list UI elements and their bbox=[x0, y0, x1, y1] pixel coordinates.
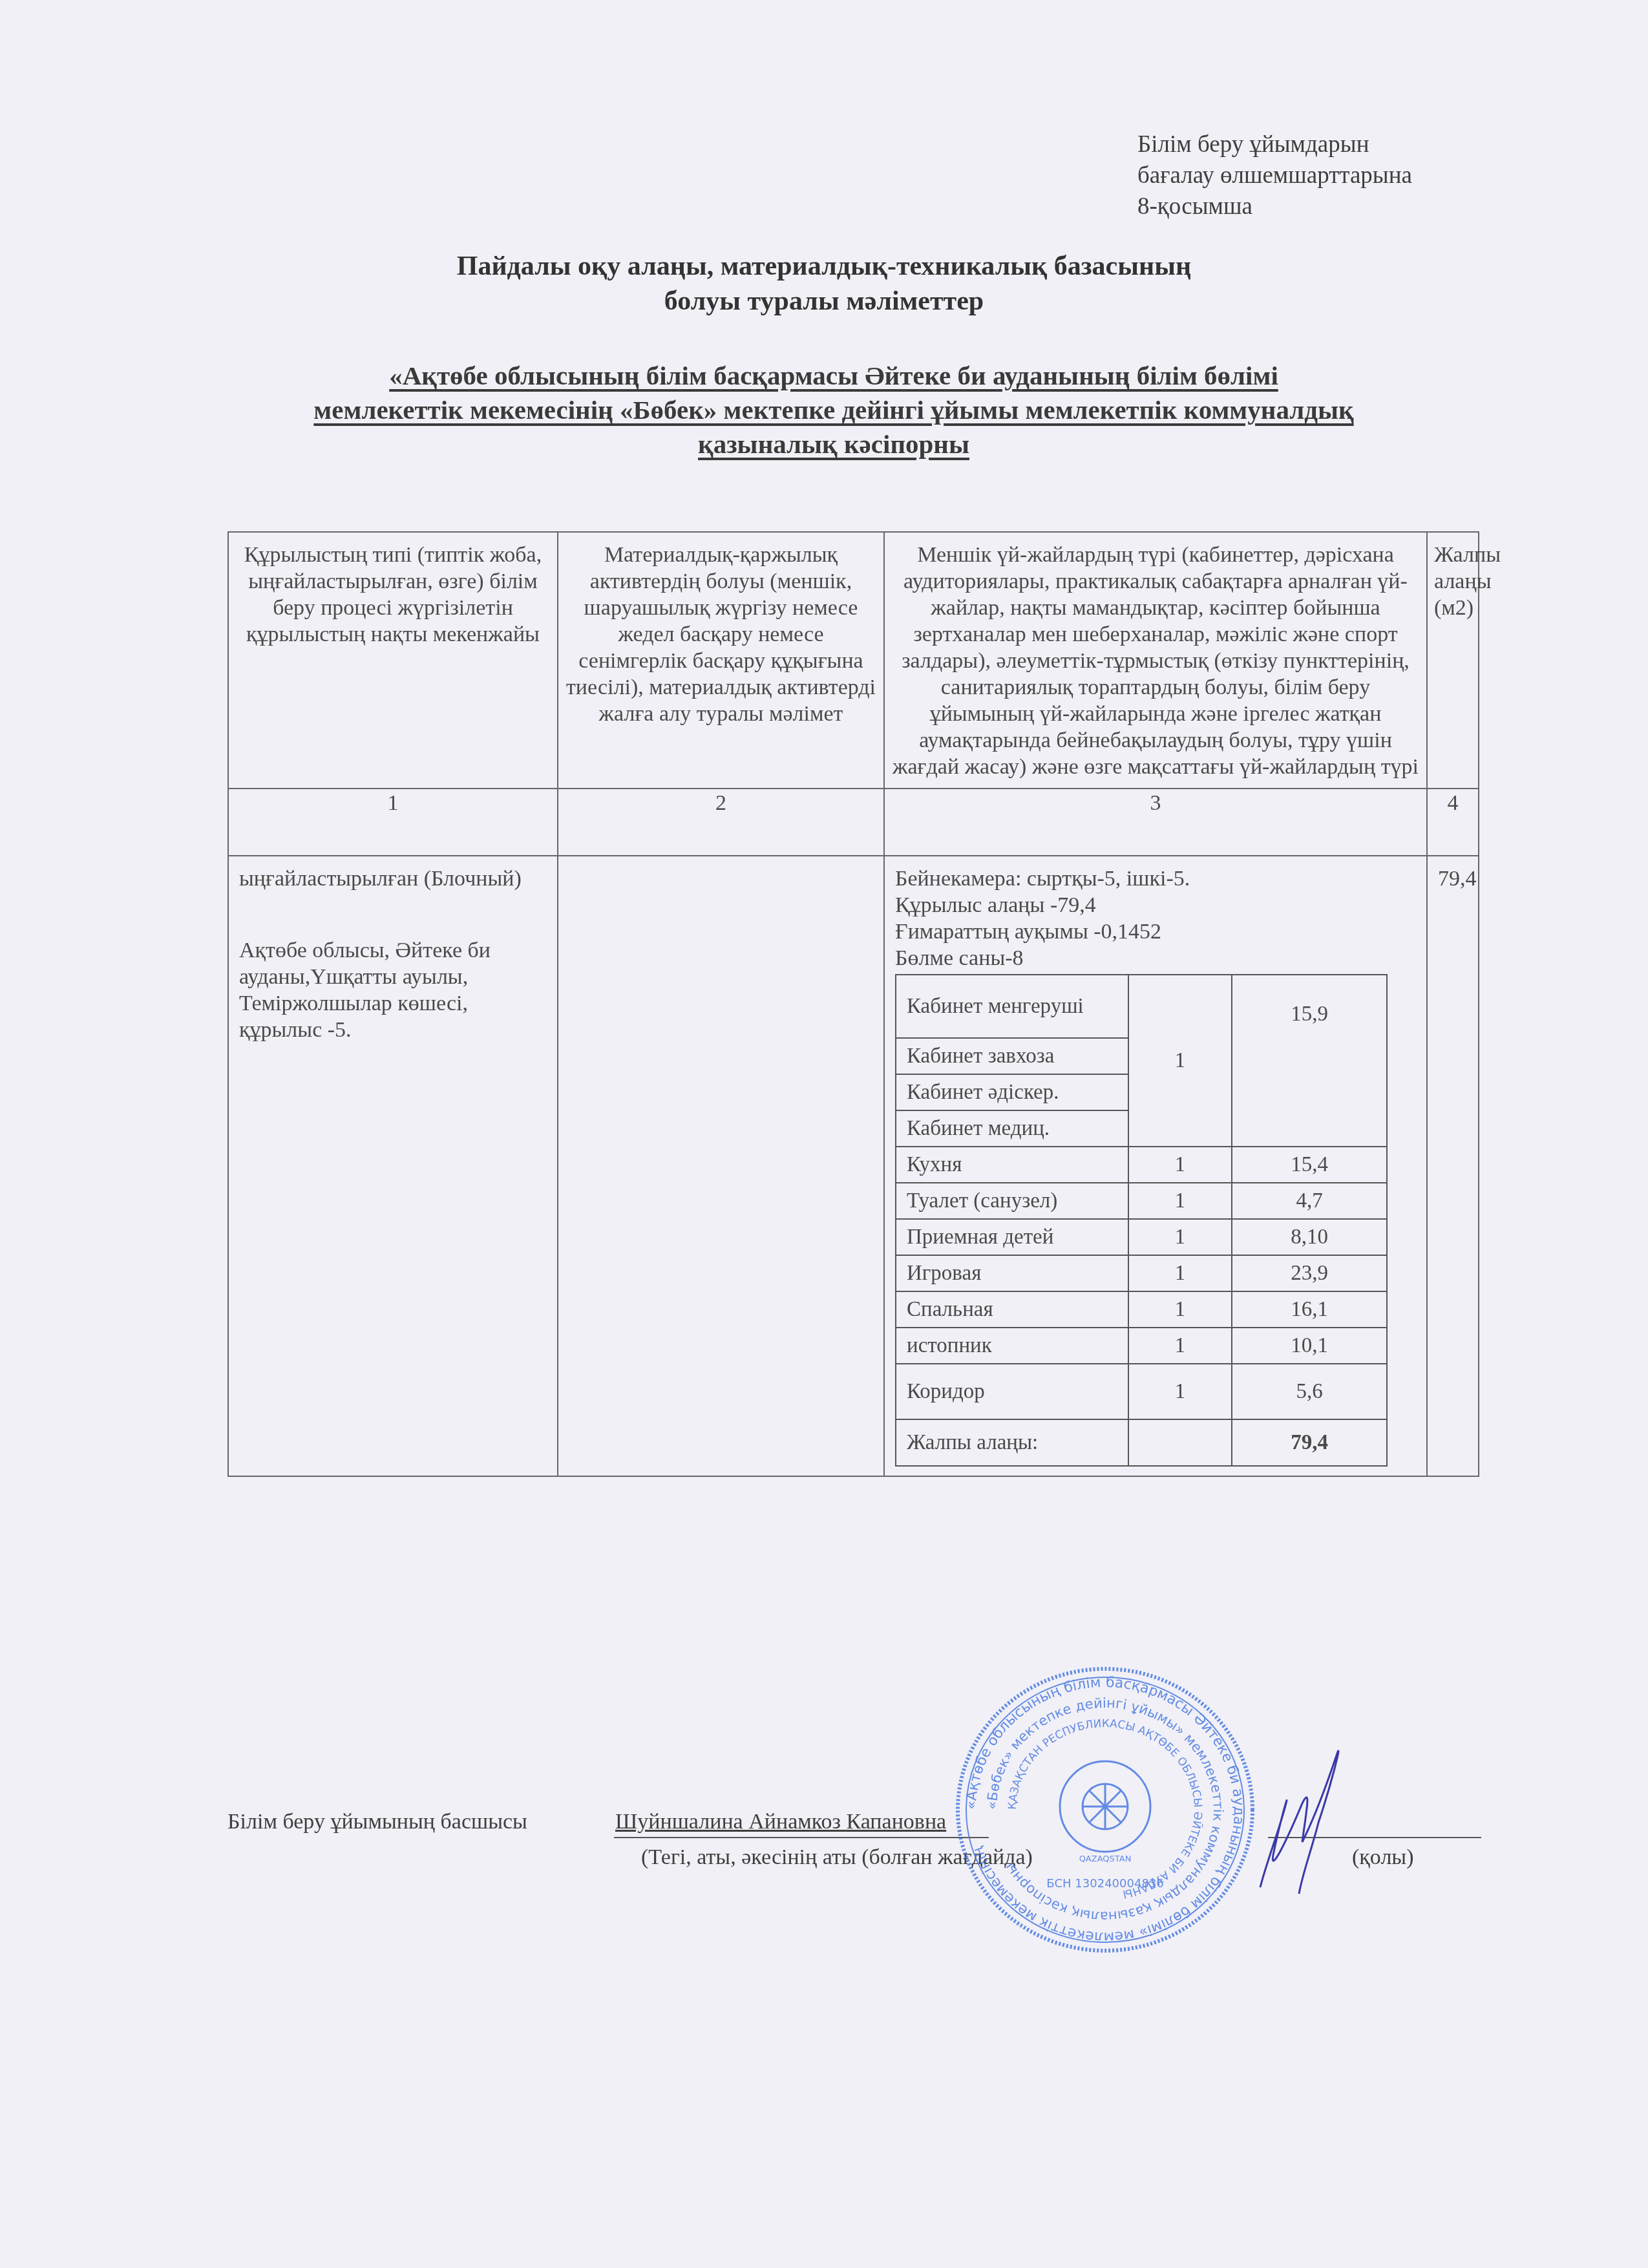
name-line bbox=[614, 1837, 989, 1838]
svg-text:QAZAQSTAN: QAZAQSTAN bbox=[1079, 1854, 1132, 1864]
room-area: 5,6 bbox=[1232, 1364, 1387, 1419]
building-type: ыңғайластырылған (Блочный) bbox=[239, 865, 547, 892]
room-area: 10,1 bbox=[1232, 1328, 1387, 1364]
table-row: ыңғайластырылған (Блочный) Ақтөбе облысы… bbox=[228, 856, 1479, 1476]
column-number: 3 bbox=[884, 789, 1427, 856]
column-number: 4 bbox=[1427, 789, 1479, 856]
column-number-row: 1 2 3 4 bbox=[228, 789, 1479, 856]
room-row: Коридор15,6 bbox=[896, 1364, 1387, 1419]
room-name: Туалет (санузел) bbox=[896, 1183, 1128, 1219]
rooms-total-empty bbox=[1128, 1419, 1232, 1466]
rooms-total-area: 79,4 bbox=[1232, 1419, 1387, 1466]
room-area: 15,9 bbox=[1232, 975, 1387, 1147]
org-line: қазыналық кәсіпорны bbox=[246, 427, 1422, 461]
room-count: 1 bbox=[1128, 1219, 1232, 1255]
room-row: Туалет (санузел)14,7 bbox=[896, 1183, 1387, 1219]
room-name: Кабинет медиц. bbox=[896, 1110, 1128, 1147]
room-count: 1 bbox=[1128, 975, 1232, 1147]
facilities-table: Құрылыстың типі (типтік жоба, ыңғайласты… bbox=[227, 531, 1479, 1477]
room-area: 15,4 bbox=[1232, 1147, 1387, 1183]
room-name: Кабинет әдіскер. bbox=[896, 1074, 1128, 1110]
room-count: 1 bbox=[1128, 1364, 1232, 1419]
room-row: Игровая123,9 bbox=[896, 1255, 1387, 1291]
head-label: Білім беру ұйымының басшысы bbox=[227, 1810, 527, 1834]
room-area: 23,9 bbox=[1232, 1255, 1387, 1291]
room-name: Кухня bbox=[896, 1147, 1128, 1183]
org-line: мемлекеттік мекемесінің «Бөбек» мектепке… bbox=[246, 393, 1422, 427]
room-name: Коридор bbox=[896, 1364, 1128, 1419]
building-cell: ыңғайластырылған (Блочный) Ақтөбе облысы… bbox=[228, 856, 558, 1476]
header-building-type: Құрылыстың типі (типтік жоба, ыңғайласты… bbox=[228, 532, 558, 789]
room-row: Спальная116,1 bbox=[896, 1291, 1387, 1328]
room-area: 4,7 bbox=[1232, 1183, 1387, 1219]
document-title: Пайдалы оқу алаңы, материалдық-техникалы… bbox=[0, 249, 1648, 319]
table-header-row: Құрылыстың типі (типтік жоба, ыңғайласты… bbox=[228, 532, 1479, 789]
room-name: истопник bbox=[896, 1328, 1128, 1364]
room-count: 1 bbox=[1128, 1328, 1232, 1364]
official-stamp-icon: «Ақтөбе облысының білім басқармасы Әйтек… bbox=[953, 1664, 1257, 1955]
room-row: Кухня115,4 bbox=[896, 1147, 1387, 1183]
annex-line: Білім беру ұйымдарын bbox=[1137, 129, 1412, 160]
header-assets: Материалдық-қаржылық активтердің болуы (… bbox=[558, 532, 884, 789]
room-name: Спальная bbox=[896, 1291, 1128, 1328]
room-area: 8,10 bbox=[1232, 1219, 1387, 1255]
head-name: Шуйншалина Айнамкоз Капановна bbox=[615, 1810, 946, 1834]
room-row: истопник110,1 bbox=[896, 1328, 1387, 1364]
room-name: Кабинет менгеруші bbox=[896, 975, 1128, 1038]
handwritten-signature-icon bbox=[1241, 1745, 1351, 1900]
annex-line: 8-қосымша bbox=[1137, 191, 1412, 222]
organization-name: «Ақтөбе облысының білім басқармасы Әйтек… bbox=[246, 359, 1422, 461]
total-area-cell: 79,4 bbox=[1427, 856, 1479, 1476]
premises-cell: Бейнекамера: сыртқы-5, ішкі-5. Құрылыс а… bbox=[884, 856, 1427, 1476]
info-line: Құрылыс алаңы -79,4 bbox=[895, 892, 1416, 918]
title-line: болуы туралы мәліметтер bbox=[0, 284, 1648, 319]
header-total-area: Жалпы алаңы (м2) bbox=[1427, 532, 1479, 789]
assets-cell bbox=[558, 856, 884, 1476]
room-name: Кабинет завхоза bbox=[896, 1038, 1128, 1074]
room-area: 16,1 bbox=[1232, 1291, 1387, 1328]
svg-text:БСН 130240004836: БСН 130240004836 bbox=[1046, 1877, 1164, 1891]
annex-line: бағалау өлшемшарттарына bbox=[1137, 160, 1412, 191]
room-row: Кабинет менгеруші 1 15,9 bbox=[896, 975, 1387, 1038]
room-name: Игровая bbox=[896, 1255, 1128, 1291]
room-count: 1 bbox=[1128, 1255, 1232, 1291]
room-row: Приемная детей18,10 bbox=[896, 1219, 1387, 1255]
org-line: «Ақтөбе облысының білім басқармасы Әйтек… bbox=[246, 359, 1422, 393]
signature-hint: (қолы) bbox=[1352, 1845, 1414, 1870]
room-count: 1 bbox=[1128, 1291, 1232, 1328]
rooms-table: Кабинет менгеруші 1 15,9 Кабинет завхоза… bbox=[895, 974, 1388, 1467]
header-premises-type: Меншік үй-жайлардың түрі (кабинеттер, дә… bbox=[884, 532, 1427, 789]
room-count: 1 bbox=[1128, 1147, 1232, 1183]
rooms-total-label: Жалпы алаңы: bbox=[896, 1419, 1128, 1466]
annex-note: Білім беру ұйымдарын бағалау өлшемшартта… bbox=[1137, 129, 1412, 222]
room-count: 1 bbox=[1128, 1183, 1232, 1219]
rooms-total-row: Жалпы алаңы: 79,4 bbox=[896, 1419, 1387, 1466]
building-address: Ақтөбе облысы, Әйтеке би ауданы,Үшқатты … bbox=[239, 937, 547, 1043]
title-line: Пайдалы оқу алаңы, материалдық-техникалы… bbox=[0, 249, 1648, 284]
column-number: 2 bbox=[558, 789, 884, 856]
info-line: Бөлме саны-8 bbox=[895, 945, 1416, 971]
room-name: Приемная детей bbox=[896, 1219, 1128, 1255]
info-line: Бейнекамера: сыртқы-5, ішкі-5. bbox=[895, 865, 1416, 892]
info-line: Ғимараттың ауқымы -0,1452 bbox=[895, 918, 1416, 945]
column-number: 1 bbox=[228, 789, 558, 856]
